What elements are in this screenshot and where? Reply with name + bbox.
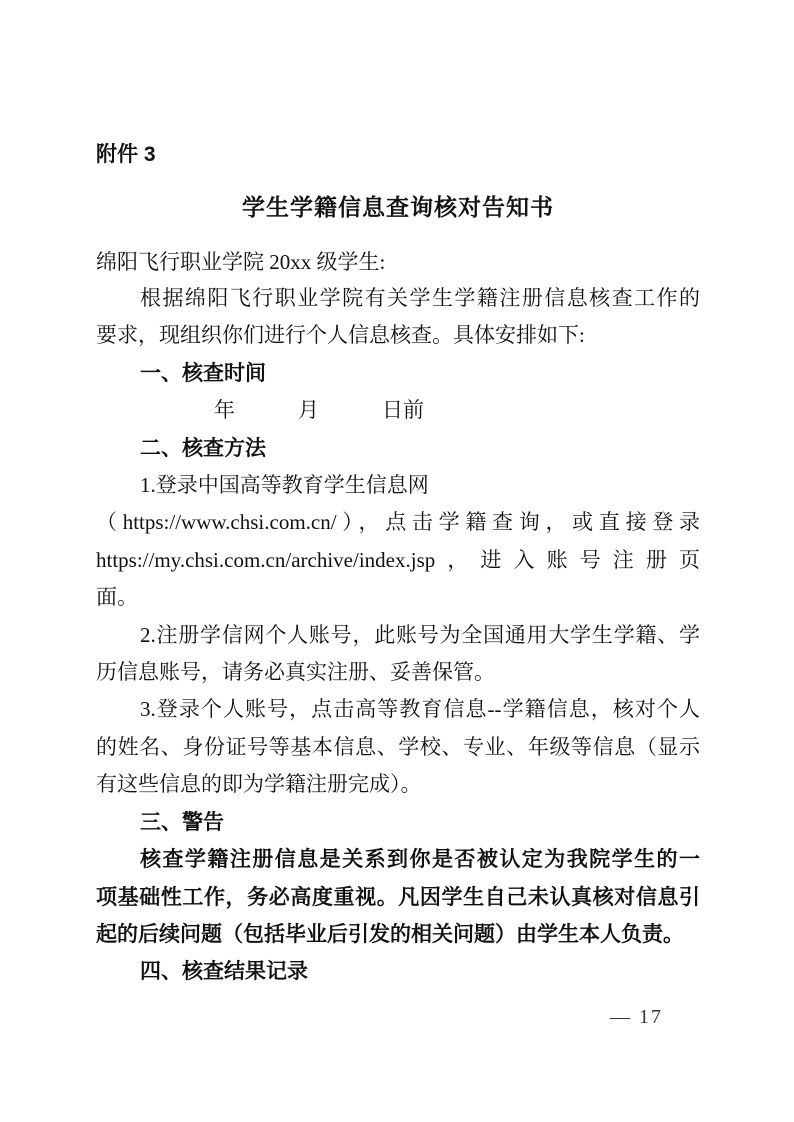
section-heading-warning: 三、警告 [96,804,700,841]
method-step3-line-3: 有这些信息的即为学籍注册完成）。 [96,766,700,803]
page-number: — 17 [610,1002,663,1032]
section-check-time: 一、核查时间 年 月 日前 [96,355,700,430]
document-title: 学生学籍信息查询核对告知书 [96,190,700,226]
check-time-date-blanks: 年 月 日前 [96,392,700,429]
section-heading-check-time: 一、核查时间 [96,355,700,392]
section-heading-check-result: 四、核查结果记录 [96,953,700,990]
intro-line-2: 要求，现组织你们进行个人信息核查。具体安排如下: [96,317,700,354]
method-step1-line-2: （https://www.chsi.com.cn/），点击学籍查询，或直接登录 [96,504,700,541]
method-step2-line-2: 历信息账号，请务必真实注册、妥善保管。 [96,654,700,691]
method-step2-line-1: 2.注册学信网个人账号，此账号为全国通用大学生学籍、学 [96,617,700,654]
document-content: 附件 3 学生学籍信息查询核对告知书 绵阳飞行职业学院 20xx 级学生: 根据… [96,140,700,991]
section-check-result: 四、核查结果记录 [96,953,700,990]
document-page: 附件 3 学生学籍信息查询核对告知书 绵阳飞行职业学院 20xx 级学生: 根据… [0,0,794,1122]
attachment-label: 附件 3 [96,140,700,170]
intro-line-1: 根据绵阳飞行职业学院有关学生学籍注册信息核查工作的 [96,280,700,317]
method-step1-line-3: https://my.chsi.com.cn/archive/index.jsp… [96,542,700,579]
section-warning: 三、警告 核查学籍注册信息是关系到你是否被认定为我院学生的一 项基础性工作，务必… [96,804,700,954]
salutation-line: 绵阳飞行职业学院 20xx 级学生: [96,244,700,280]
warning-line-3: 起的后续问题（包括毕业后引发的相关问题）由学生本人负责。 [96,916,700,953]
warning-line-1: 核查学籍注册信息是关系到你是否被认定为我院学生的一 [96,841,700,878]
warning-line-2: 项基础性工作，务必高度重视。凡因学生自己未认真核对信息引 [96,879,700,916]
intro-paragraph: 根据绵阳飞行职业学院有关学生学籍注册信息核查工作的 要求，现组织你们进行个人信息… [96,280,700,355]
method-step3-line-1: 3.登录个人账号，点击高等教育信息--学籍信息，核对个人 [96,691,700,728]
section-check-method: 二、核查方法 1.登录中国高等教育学生信息网 （https://www.chsi… [96,430,700,804]
method-step1-line-4: 面。 [96,579,700,616]
section-heading-check-method: 二、核查方法 [96,430,700,467]
method-step1-line-1: 1.登录中国高等教育学生信息网 [96,467,700,504]
method-step3-line-2: 的姓名、身份证号等基本信息、学校、专业、年级等信息（显示 [96,729,700,766]
